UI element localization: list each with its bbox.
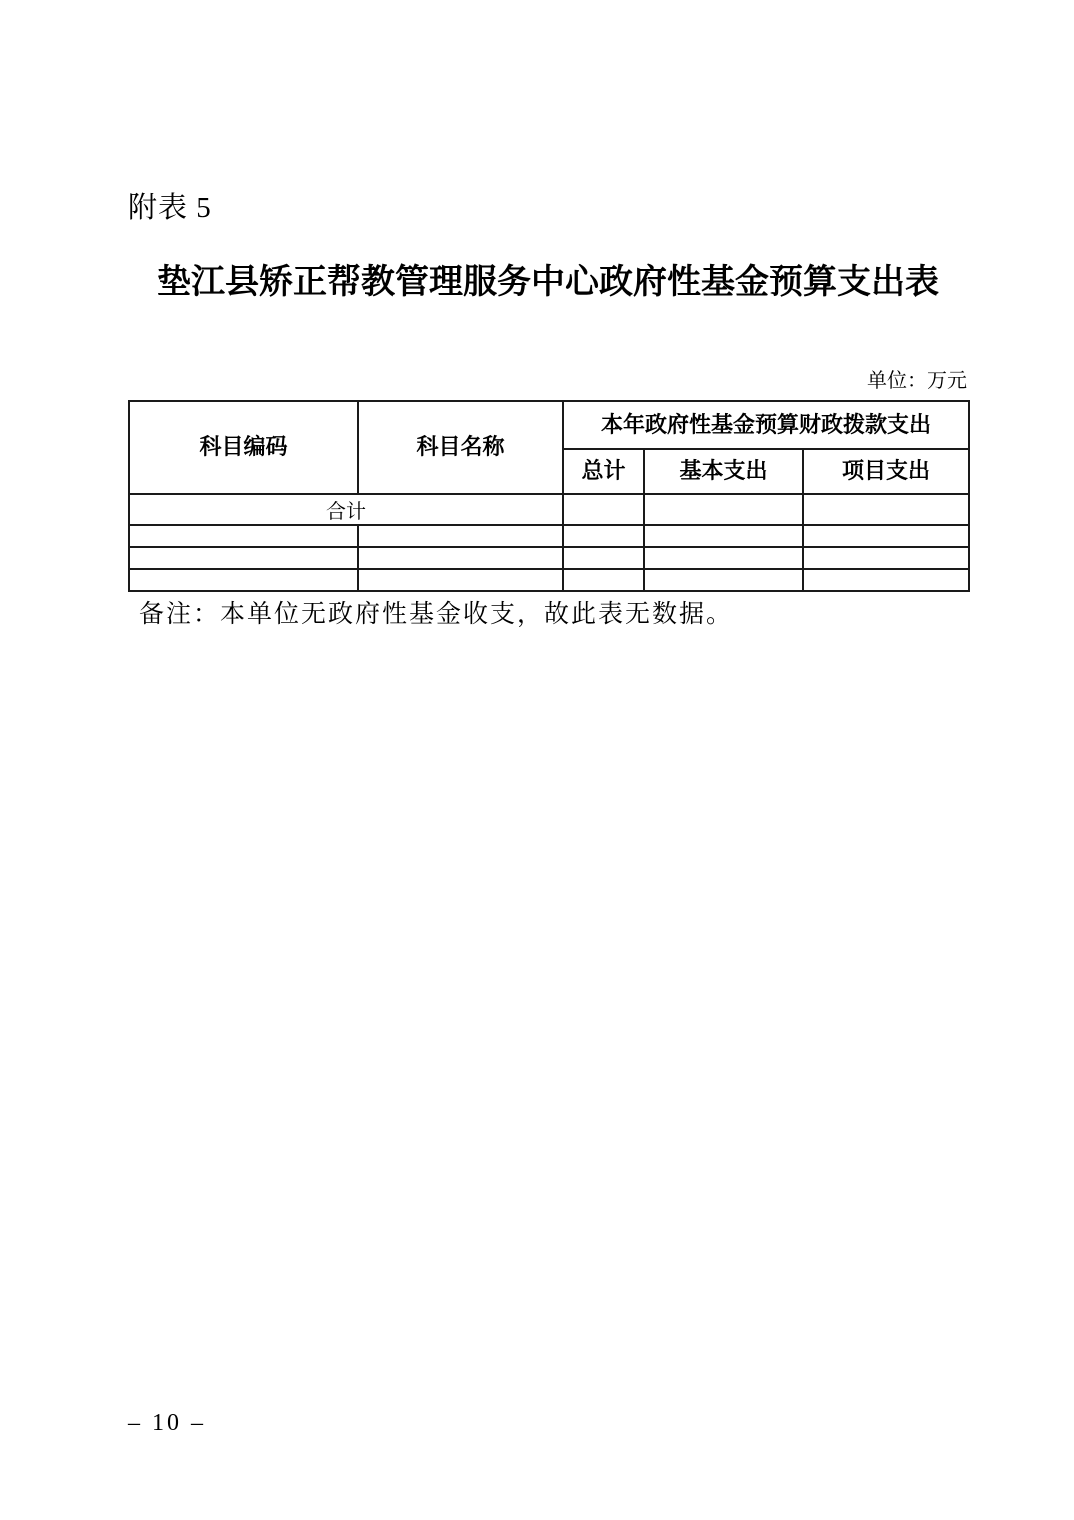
project-cell — [803, 547, 969, 569]
basic-cell — [644, 569, 803, 591]
page-title: 垫江县矫正帮教管理服务中心政府性基金预算支出表 — [128, 261, 968, 305]
header-total: 总计 — [563, 449, 644, 494]
table-row — [129, 525, 969, 547]
header-group-title: 本年政府性基金预算财政拨款支出 — [563, 401, 969, 449]
sum-cell — [563, 569, 644, 591]
header-basic-expenditure: 基本支出 — [644, 449, 803, 494]
name-cell — [358, 547, 563, 569]
attachment-label: 附表 5 — [128, 191, 212, 225]
total-project-cell — [803, 494, 969, 525]
budget-table: 科目编码 科目名称 本年政府性基金预算财政拨款支出 总计 基本支出 项目支出 合… — [128, 400, 970, 592]
footnote: 备注：本单位无政府性基金收支，故此表无数据。 — [139, 599, 733, 631]
table-row — [129, 547, 969, 569]
basic-cell — [644, 547, 803, 569]
table-row — [129, 569, 969, 591]
header-subject-name: 科目名称 — [358, 401, 563, 494]
unit-note: 单位：万元 — [867, 368, 967, 394]
total-sum-cell — [563, 494, 644, 525]
name-cell — [358, 525, 563, 547]
total-label-cell: 合计 — [129, 494, 563, 525]
table-row-total: 合计 — [129, 494, 969, 525]
sum-cell — [563, 547, 644, 569]
code-cell — [129, 525, 358, 547]
basic-cell — [644, 525, 803, 547]
total-basic-cell — [644, 494, 803, 525]
project-cell — [803, 569, 969, 591]
header-subject-code: 科目编码 — [129, 401, 358, 494]
header-project-expenditure: 项目支出 — [803, 449, 969, 494]
page-number: – 10 – — [128, 1408, 206, 1438]
name-cell — [358, 569, 563, 591]
document-page: 附表 5 垫江县矫正帮教管理服务中心政府性基金预算支出表 单位：万元 科目编码 … — [0, 0, 1074, 1520]
table-header-row-1: 科目编码 科目名称 本年政府性基金预算财政拨款支出 — [129, 401, 969, 449]
project-cell — [803, 525, 969, 547]
sum-cell — [563, 525, 644, 547]
code-cell — [129, 547, 358, 569]
code-cell — [129, 569, 358, 591]
